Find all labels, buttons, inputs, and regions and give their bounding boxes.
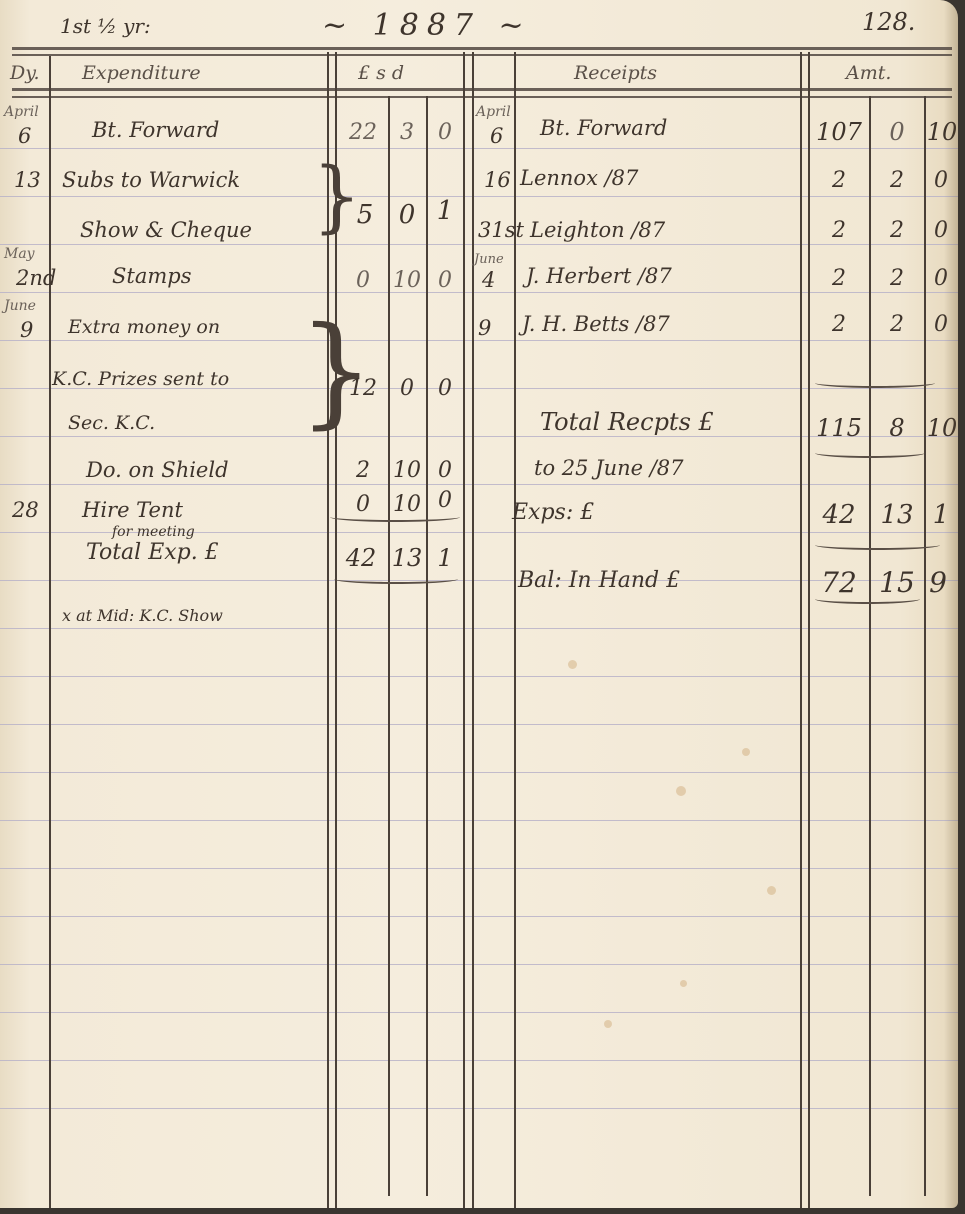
rec-pounds: 2 [812,266,866,291]
exp-item: K.C. Prizes sent to [52,368,229,390]
exp-pounds: 5 [345,200,385,230]
rec-balance-pence: 9 [920,566,956,599]
rec-item: J. H. Betts /87 [522,312,670,336]
rec-pence: 0 [926,218,956,243]
exp-total-label: Total Exp. £ [86,540,219,565]
foxing-stain [767,886,776,895]
rec-item: J. Herbert /87 [526,264,672,288]
exp-item: Extra money on [68,316,220,338]
rec-total-shillings: 8 [872,414,922,442]
rec-shillings: 2 [872,312,922,337]
exp-pounds: 2 [340,458,386,483]
rec-pence: 0 [926,266,956,291]
rec-shillings: 2 [872,218,922,243]
rec-exps-pence: 1 [926,500,956,530]
rec-day: 4 [482,268,495,292]
rec-item: Bt. Forward [540,116,667,140]
exp-shillings: 0 [390,200,424,230]
exp-item: Bt. Forward [92,118,219,142]
exp-day: 2nd [16,266,56,290]
rec-pounds: 2 [812,168,866,193]
rec-month: June [474,252,504,267]
rec-day: 9 [478,316,491,340]
underline-squiggle [815,378,935,388]
exp-total-shillings: 13 [390,544,424,572]
rec-exps-pounds: 42 [812,500,866,530]
exp-pence: 0 [428,376,462,401]
rec-shillings: 2 [872,266,922,291]
exp-pounds: 0 [340,268,386,293]
exp-day: 13 [14,168,41,192]
rec-pounds: 2 [812,312,866,337]
exp-footnote: x at Mid: K.C. Show [62,606,223,625]
rec-total-label: Total Recpts £ [540,408,714,436]
exp-item: Stamps [112,264,191,288]
exp-shillings: 3 [390,120,424,145]
exp-item: Do. on Shield [86,458,229,482]
rec-pence: 10 [926,118,958,146]
underline-squiggle [815,540,940,550]
exp-pence: 0 [428,120,462,145]
exp-pounds: 22 [340,120,386,145]
half-year-label: 1st ½ yr: [60,14,151,38]
exp-pence: 0 [428,458,462,483]
rec-pounds: 107 [812,118,866,146]
foxing-stain [742,748,750,756]
ledger-page: 1st ½ yr: ~ 1887 ~ 128. Dy. Expenditure … [0,0,958,1208]
rec-total-pounds: 115 [812,414,866,442]
exp-note: for meeting [112,524,195,540]
rec-day: 31st [478,218,524,242]
col-header-lsd: £ s d [358,62,404,84]
year-title: ~ 1887 ~ [322,8,532,43]
foxing-stain [680,980,687,987]
foxing-stain [568,660,577,669]
col-header-receipts: Receipts [574,62,657,84]
rec-month: April [476,104,511,120]
rec-pounds: 2 [812,218,866,243]
col-header-day: Dy. [10,62,39,84]
header-rule-top [12,47,952,50]
exp-item: Sec. K.C. [68,412,155,434]
header-rule-bottom-2 [12,96,952,98]
exp-item: Show & Cheque [80,218,252,242]
underline-squiggle [334,574,458,584]
exp-month: April [4,104,39,120]
exp-pence: 0 [428,268,462,293]
exp-total-pounds: 42 [336,544,386,572]
rec-item: Lennox /87 [520,166,638,190]
exp-item: Hire Tent [82,498,183,522]
exp-day: 28 [12,498,39,522]
col-header-amount: Amt. [846,62,891,84]
exp-month: June [4,298,36,314]
rec-pence: 0 [926,312,956,337]
exp-pence: 1 [428,196,462,226]
rec-pence: 0 [926,168,956,193]
exp-shillings: 10 [390,268,424,293]
exp-shillings: 0 [390,376,424,401]
header-rule-bottom [12,88,952,91]
rec-shillings: 2 [872,168,922,193]
col-header-expenditure: Expenditure [82,62,201,84]
exp-pounds: 12 [340,376,386,401]
exp-item: Subs to Warwick [62,168,240,192]
rec-exps-shillings: 13 [872,500,922,530]
rec-total-pence: 10 [926,414,958,442]
rec-day: 6 [490,124,503,148]
exp-pence: 0 [428,488,462,513]
exp-day: 6 [18,124,31,148]
rec-balance-label: Bal: In Hand £ [518,568,680,593]
rec-exps-label: Exps: £ [512,500,594,525]
rec-shillings: 0 [872,118,922,146]
page-number: 128. [862,8,915,36]
foxing-stain [604,1020,612,1028]
foxing-stain [676,786,686,796]
exp-total-pence: 1 [428,544,462,572]
bracket: } [298,312,374,432]
underline-squiggle [815,448,925,458]
exp-month: May [4,246,35,262]
underline-squiggle [815,594,920,604]
rec-date-note: to 25 June /87 [534,456,684,480]
rec-day: 16 [484,168,511,192]
header-rule-top-2 [12,54,952,56]
exp-day: 9 [20,318,33,342]
exp-shillings: 10 [390,458,424,483]
underline-squiggle [330,512,460,522]
rec-item: Leighton /87 [530,218,665,242]
